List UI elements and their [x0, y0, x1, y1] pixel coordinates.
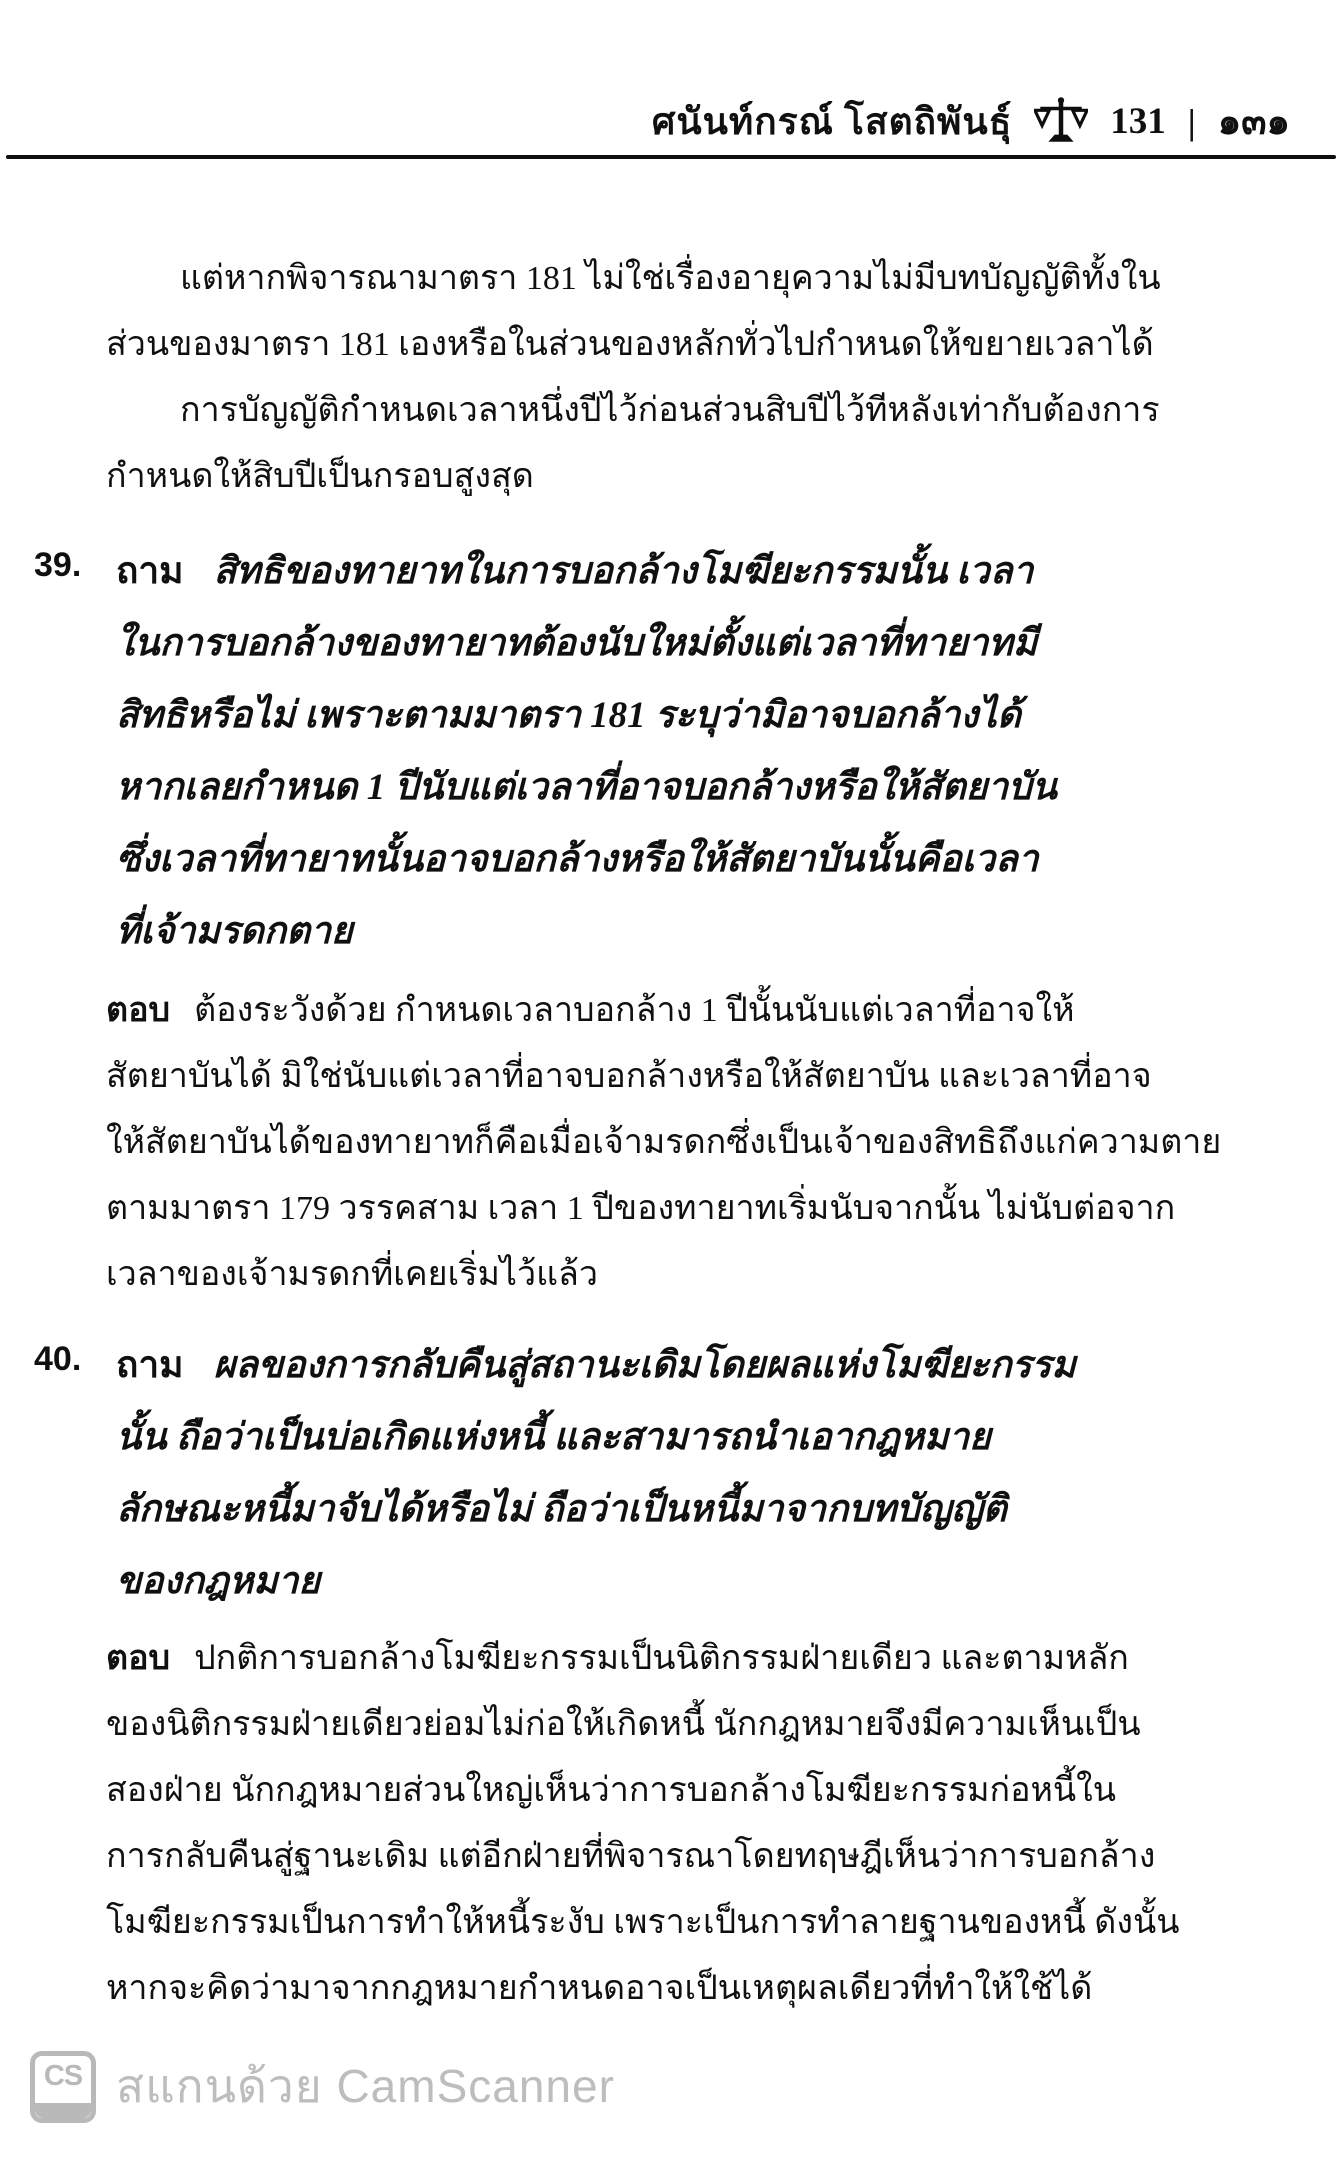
author-name: ศนันท์กรณ์ โสตถิพันธุ์: [652, 92, 1012, 151]
answer-40-line: สองฝ่าย นักกฎหมายส่วนใหญ่เห็นว่าการบอกล้…: [106, 1758, 1266, 1824]
question-40-line: ถามผลของการกลับคืนสู่สถานะเดิมโดยผลแห่งโ…: [116, 1330, 1266, 1402]
question-39-line: หากเลยกำหนด 1 ปีนับแต่เวลาที่อาจบอกล้างห…: [116, 752, 1266, 824]
paragraph-line: กำหนดให้สิบปีเป็นกรอบสูงสุด: [106, 444, 1266, 510]
answer-39-line: ตอบต้องระวังด้วย กำหนดเวลาบอกล้าง 1 ปีนั…: [106, 978, 1266, 1044]
scales-of-justice-icon: [1034, 95, 1088, 149]
camscanner-logo-base: [35, 2103, 91, 2118]
question-label: ถาม: [116, 551, 184, 592]
answer-text: ต้องระวังด้วย กำหนดเวลาบอกล้าง 1 ปีนั้นน…: [194, 992, 1074, 1029]
question-label: ถาม: [116, 1345, 184, 1386]
answer-39-line: ตามมาตรา 179 วรรคสาม เวลา 1 ปีของทายาทเร…: [106, 1176, 1266, 1242]
question-40-line: ของกฎหมาย: [116, 1546, 1266, 1618]
question-40-number: 40.: [34, 1340, 81, 1379]
answer-label: ตอบ: [106, 1640, 170, 1677]
camscanner-logo-letters: CS: [35, 2060, 91, 2093]
question-39-number: 39.: [34, 546, 81, 585]
answer-40-line: ของนิติกรรมฝ่ายเดียวย่อมไม่ก่อให้เกิดหนี…: [106, 1692, 1266, 1758]
paragraph-2: การบัญญัติกำหนดเวลาหนึ่งปีไว้ก่อนส่วนสิบ…: [106, 378, 1266, 510]
question-39: 39. ถามสิทธิของทายาทในการบอกล้างโมฆียะกร…: [106, 536, 1266, 968]
page-number-arabic: 131: [1110, 100, 1166, 143]
page-header: ศนันท์กรณ์ โสตถิพันธุ์ 131 | ๑๓๑: [652, 92, 1290, 151]
scanned-book-page: ศนันท์กรณ์ โสตถิพันธุ์ 131 | ๑๓๑ แต่หากพ…: [0, 0, 1344, 2160]
answer-40-line: การกลับคืนสู่ฐานะเดิม แต่อีกฝ่ายที่พิจาร…: [106, 1824, 1266, 1890]
answer-40-line: หากจะคิดว่ามาจากกฎหมายกำหนดอาจเป็นเหตุผล…: [106, 1956, 1266, 2022]
answer-39-line: เวลาของเจ้ามรดกที่เคยเริ่มไว้แล้ว: [106, 1242, 1266, 1308]
answer-39-line: สัตยาบันได้ มิใช่นับแต่เวลาที่อาจบอกล้าง…: [106, 1044, 1266, 1110]
answer-label: ตอบ: [106, 992, 170, 1029]
page-body: แต่หากพิจารณามาตรา 181 ไม่ใช่เรื่องอายุค…: [106, 246, 1266, 2022]
answer-40: ตอบปกติการบอกล้างโมฆียะกรรมเป็นนิติกรรมฝ…: [106, 1626, 1266, 2022]
question-40-line: ลักษณะหนี้มาจับได้หรือไม่ ถือว่าเป็นหนี้…: [116, 1474, 1266, 1546]
answer-40-line: โมฆียะกรรมเป็นการทำให้หนี้ระงับ เพราะเป็…: [106, 1890, 1266, 1956]
camscanner-caption: สแกนด้วย CamScanner: [116, 2050, 615, 2123]
answer-text: ปกติการบอกล้างโมฆียะกรรมเป็นนิติกรรมฝ่าย…: [194, 1640, 1129, 1677]
question-39-line: ถามสิทธิของทายาทในการบอกล้างโมฆียะกรรมนั…: [116, 536, 1266, 608]
question-40-line: นั้น ถือว่าเป็นบ่อเกิดแห่งหนี้ และสามารถ…: [116, 1402, 1266, 1474]
paragraph-line: ส่วนของมาตรา 181 เองหรือในส่วนของหลักทั่…: [106, 312, 1266, 378]
paragraph-1: แต่หากพิจารณามาตรา 181 ไม่ใช่เรื่องอายุค…: [106, 246, 1266, 378]
answer-39-line: ให้สัตยาบันได้ของทายาทก็คือเมื่อเจ้ามรดก…: [106, 1110, 1266, 1176]
question-text: สิทธิของทายาทในการบอกล้างโมฆียะกรรมนั้น …: [214, 551, 1034, 592]
question-40: 40. ถามผลของการกลับคืนสู่สถานะเดิมโดยผลแ…: [106, 1330, 1266, 1618]
question-text: ผลของการกลับคืนสู่สถานะเดิมโดยผลแห่งโมฆี…: [214, 1345, 1076, 1386]
answer-39: ตอบต้องระวังด้วย กำหนดเวลาบอกล้าง 1 ปีนั…: [106, 978, 1266, 1308]
question-39-line: ที่เจ้ามรดกตาย: [116, 896, 1266, 968]
question-39-line: สิทธิหรือไม่ เพราะตามมาตรา 181 ระบุว่ามิ…: [116, 680, 1266, 752]
paragraph-line: แต่หากพิจารณามาตรา 181 ไม่ใช่เรื่องอายุค…: [106, 246, 1266, 312]
camscanner-watermark: CS สแกนด้วย CamScanner: [30, 2050, 615, 2123]
page-number-thai: ๑๓๑: [1218, 92, 1290, 151]
page-number-separator: |: [1182, 101, 1202, 143]
camscanner-logo-icon: CS: [30, 2051, 96, 2123]
answer-40-line: ตอบปกติการบอกล้างโมฆียะกรรมเป็นนิติกรรมฝ…: [106, 1626, 1266, 1692]
header-rule: [6, 155, 1336, 159]
question-39-line: ในการบอกล้างของทายาทต้องนับใหม่ตั้งแต่เว…: [116, 608, 1266, 680]
paragraph-line: การบัญญัติกำหนดเวลาหนึ่งปีไว้ก่อนส่วนสิบ…: [106, 378, 1266, 444]
question-39-line: ซึ่งเวลาที่ทายาทนั้นอาจบอกล้างหรือให้สัต…: [116, 824, 1266, 896]
